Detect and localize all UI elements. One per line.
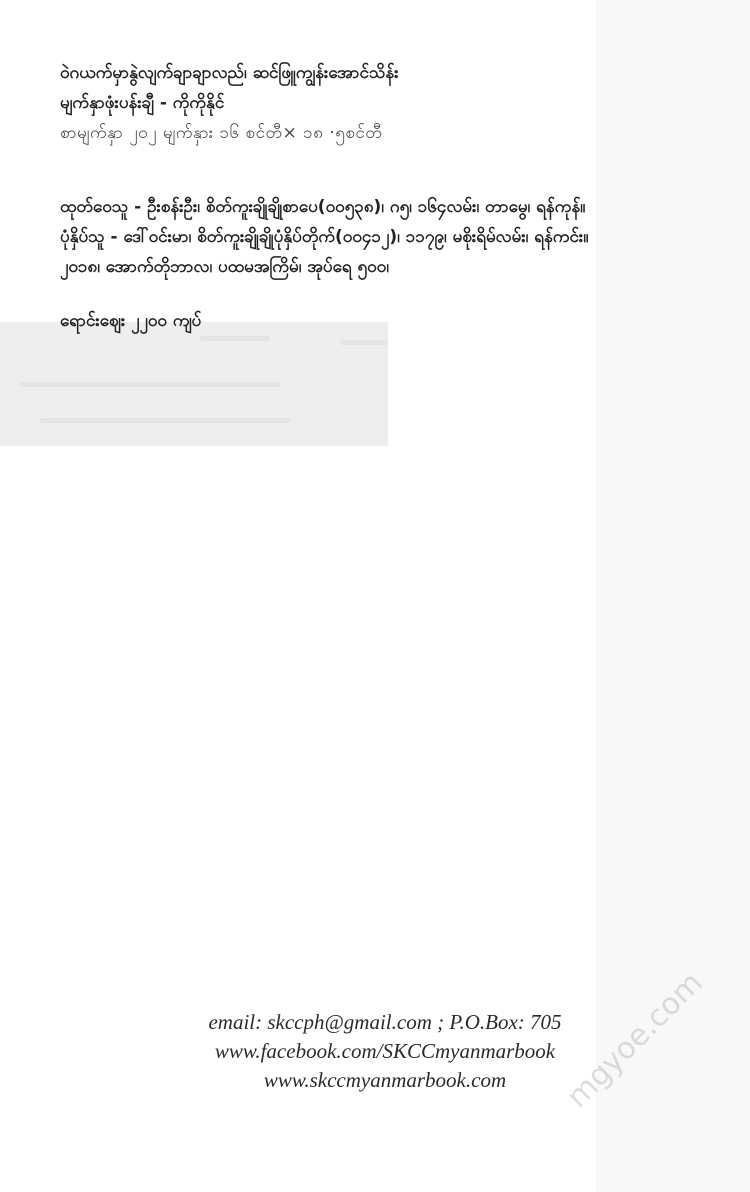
title-author-line: ဝဲဂယက်မှာနွဲလျက်ချာချာလည်၊ ဆင်ဖြူကျွန်းအ… [60,62,399,84]
cover-design-line: မျက်နှာဖုံးပန်းချီ - ကိုကိုနိုင် [60,92,224,114]
ghost-line [340,340,388,345]
edition-line: ၂၀၁၈၊ အောက်တိုဘာလ၊ ပထမအကြိမ်၊ အုပ်ရေ ၅၀၀… [60,256,389,278]
website-link[interactable]: www.skccmyanmarbook.com [170,1066,600,1095]
facebook-link[interactable]: www.facebook.com/SKCCmyanmarbook [170,1037,600,1066]
bleed-through-block [0,322,388,446]
printer-line: ပုံနှိပ်သူ - ဒေါ်ဝင်းမာ၊ စိတ်ကူးချိုချို… [60,226,588,248]
ghost-line [20,382,280,387]
contact-footer: email: skccph@gmail.com ; P.O.Box: 705 w… [170,1008,600,1095]
ghost-line [200,336,270,341]
ghost-line [40,418,290,423]
page-size-line: စာမျက်နှာ ၂၀၂ မျက်နှား ၁၆ စင်တီ× ၁၈ ⋅၅စင… [60,122,382,144]
publisher-line: ထုတ်ဝေသူ - ဦးစန်းဦး၊ စိတ်ကူးချိုချိုစာပေ… [60,196,585,218]
email-line: email: skccph@gmail.com ; P.O.Box: 705 [170,1008,600,1037]
price-line: ရောင်းဈေး ၂၂၀၀ ကျပ် [60,310,201,332]
